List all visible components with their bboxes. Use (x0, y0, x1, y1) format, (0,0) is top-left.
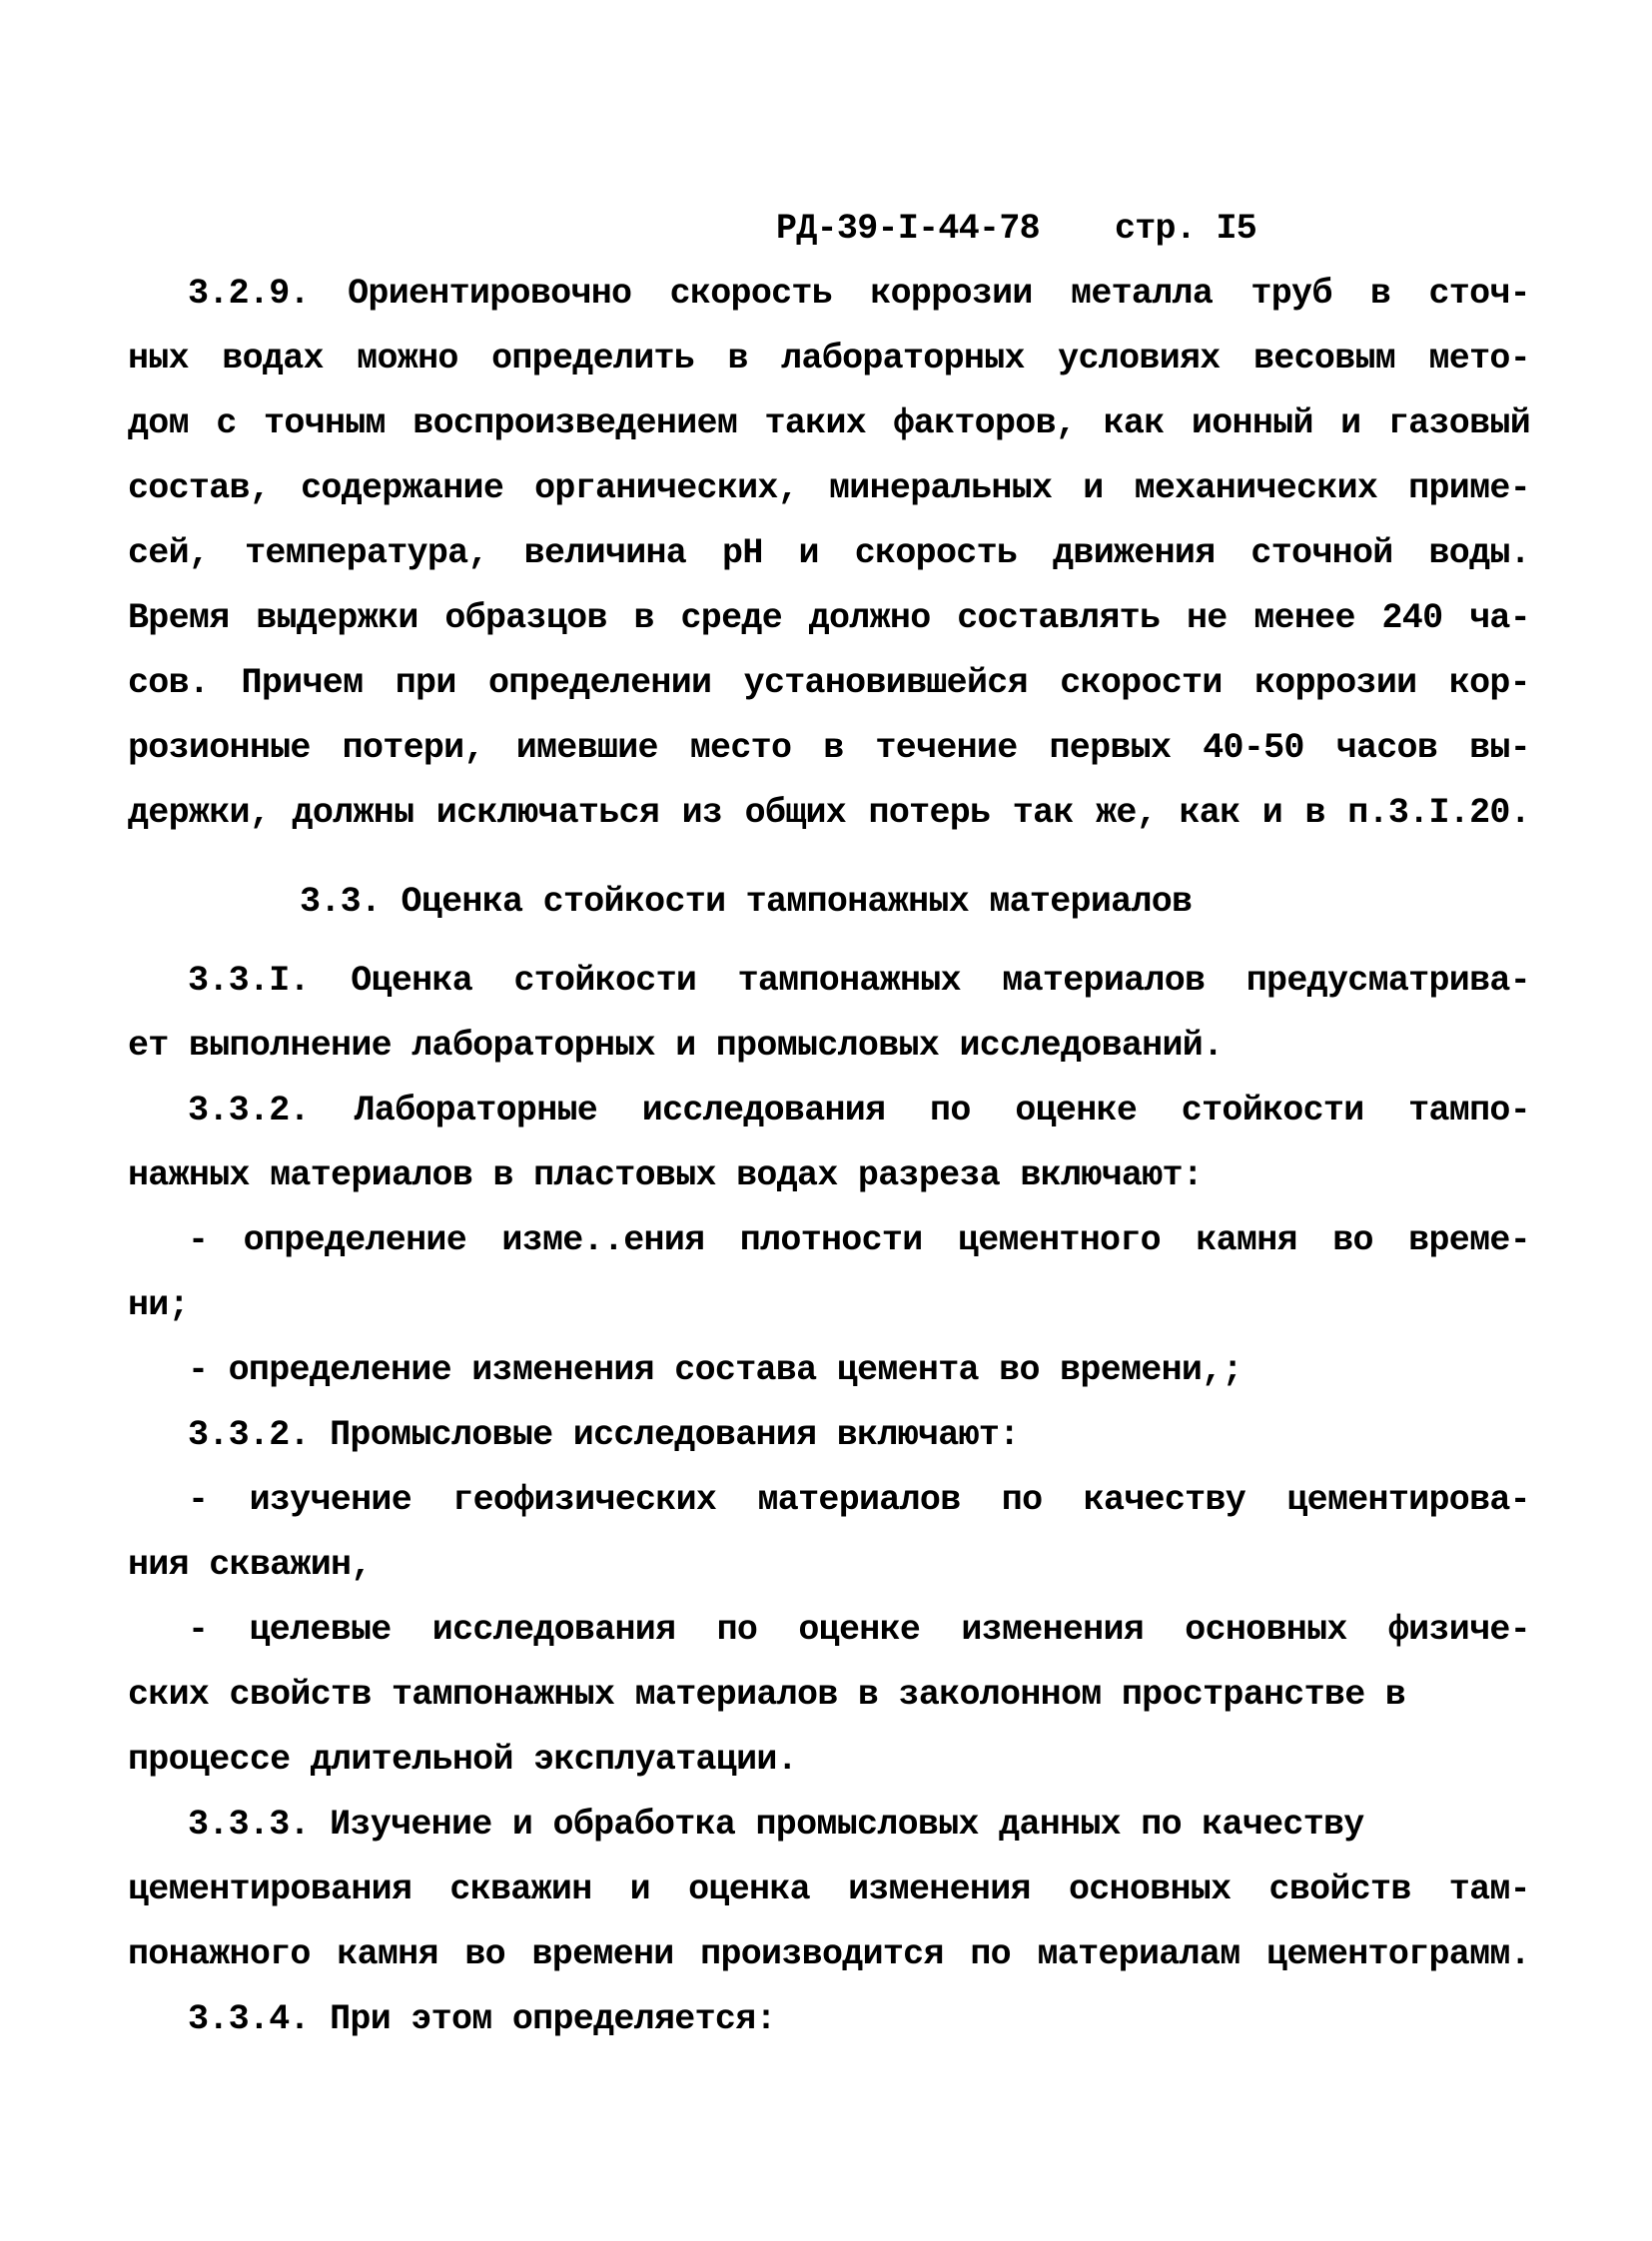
text-line: 3.3.2. Лабораторные исследования по оцен… (128, 1079, 1530, 1143)
text-line: ских свойств тампонажных материалов в за… (128, 1663, 1530, 1728)
text-line: 3.3.2. Промысловые исследования включают… (128, 1403, 1530, 1468)
scanned-document-page: РД-39-I-44-78стр. I5 3.2.9. Ориентировоч… (0, 0, 1652, 2241)
text-line: понажного камня во времени производится … (128, 1922, 1530, 1987)
paragraph: - определение изме..ения плотности цемен… (128, 1208, 1530, 1338)
text-line: - определение изме..ения плотности цемен… (128, 1208, 1530, 1273)
section-heading: 3.3. Оценка стойкости тампонажных матери… (128, 870, 1530, 935)
text-line: сей, температура, величина рН и скорость… (128, 521, 1530, 586)
text-line: ет выполнение лабораторных и промысловых… (128, 1014, 1530, 1079)
paragraph: 3.2.9. Ориентировочно скорость коррозии … (128, 262, 1530, 846)
text-line: - целевые исследования по оценке изменен… (128, 1598, 1530, 1663)
document-code: РД-39-I-44-78 (776, 209, 1040, 249)
text-line: цементирования скважин и оценка изменени… (128, 1858, 1530, 1922)
paragraph: 3.3.I. Оценка стойкости тампонажных мате… (128, 949, 1530, 1079)
text-line: ных водах можно определить в лабораторны… (128, 327, 1530, 391)
paragraph: - изучение геофизических материалов по к… (128, 1468, 1530, 1598)
text-line: 3.3. Оценка стойкости тампонажных матери… (128, 870, 1530, 935)
text-line: дом с точным воспроизведением таких факт… (128, 391, 1530, 456)
text-line: состав, содержание органических, минерал… (128, 456, 1530, 521)
paragraph: 3.3.2. Лабораторные исследования по оцен… (128, 1079, 1530, 1208)
text-line: 3.3.3. Изучение и обработка промысловых … (128, 1793, 1530, 1858)
text-line: Время выдержки образцов в среде должно с… (128, 586, 1530, 651)
text-line: розионные потери, имевшие место в течени… (128, 716, 1530, 781)
paragraph: - целевые исследования по оценке изменен… (128, 1598, 1530, 1793)
text-line: - определение изменения состава цемента … (128, 1338, 1530, 1403)
document-body: 3.2.9. Ориентировочно скорость коррозии … (128, 262, 1530, 2052)
text-line: нажных материалов в пластовых водах разр… (128, 1143, 1530, 1208)
text-line: 3.2.9. Ориентировочно скорость коррозии … (128, 262, 1530, 327)
text-line: 3.3.I. Оценка стойкости тампонажных мате… (128, 949, 1530, 1014)
text-line: держки, должны исключаться из общих поте… (128, 781, 1530, 846)
paragraph: - определение изменения состава цемента … (128, 1338, 1530, 1403)
text-line: 3.3.4. При этом определяется: (128, 1987, 1530, 2052)
paragraph: 3.3.3. Изучение и обработка промысловых … (128, 1793, 1530, 1987)
text-line: ния скважин, (128, 1533, 1530, 1598)
text-line: - изучение геофизических материалов по к… (128, 1468, 1530, 1533)
text-line: ни; (128, 1273, 1530, 1338)
paragraph: 3.3.4. При этом определяется: (128, 1987, 1530, 2052)
text-line: процессе длительной эксплуатации. (128, 1728, 1530, 1793)
page-header: РД-39-I-44-78стр. I5 (128, 197, 1530, 262)
text-line: сов. Причем при определении установившей… (128, 651, 1530, 716)
page-number: стр. I5 (1115, 209, 1256, 249)
paragraph: 3.3.2. Промысловые исследования включают… (128, 1403, 1530, 1468)
